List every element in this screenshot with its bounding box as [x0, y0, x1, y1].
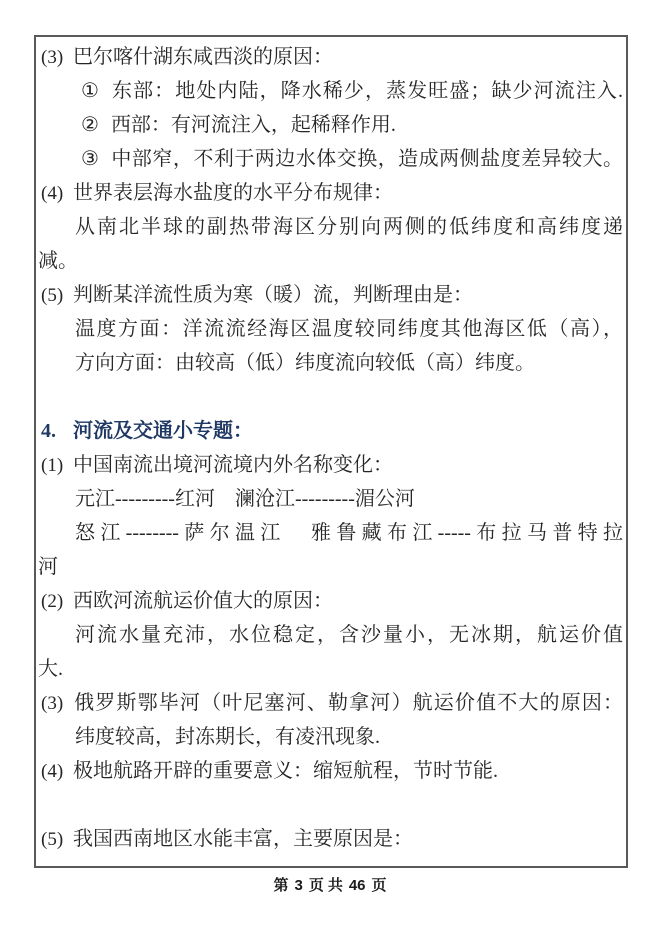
- line-marker: (5): [41, 279, 73, 312]
- footer-suffix: 页: [372, 878, 387, 894]
- line-text: 减。: [38, 250, 78, 272]
- line-text: 判断某洋流性质为寒（暖）流，判断理由是：: [73, 284, 473, 306]
- line-marker: (4): [41, 755, 73, 788]
- line-text: 河流水量充沛，水位稳定，含沙量小，无冰期，航运价值: [75, 624, 623, 646]
- footer-page-number: 3: [294, 877, 302, 894]
- line-marker: (3): [41, 41, 73, 74]
- line-text: 纬度较高，封冻期长，有凌汛现象.: [75, 726, 380, 748]
- page-footer: 第3页共46页: [0, 874, 660, 898]
- line-text: 温度方面：洋流流经海区温度较同纬度其他海区低（高），: [75, 318, 623, 340]
- text-line: 大.: [37, 652, 623, 686]
- line-text: 河: [38, 556, 58, 578]
- text-line: 河流水量充沛，水位稳定，含沙量小，无冰期，航运价值: [37, 618, 623, 652]
- section-heading: 4.河流及交通小专题：: [37, 414, 623, 448]
- text-line: (4)极地航路开辟的重要意义：缩短航程，节时节能.: [37, 754, 623, 788]
- document-page: (3)巴尔喀什湖东咸西淡的原因：①东部：地处内陆，降水稀少，蒸发旺盛；缺少河流注…: [0, 0, 660, 934]
- line-marker: (5): [41, 823, 73, 856]
- line-text: 俄罗斯鄂毕河（叶尼塞河、勒拿河）航运价值不大的原因：: [73, 692, 623, 714]
- line-marker: (3): [41, 687, 73, 720]
- line-marker: (2): [41, 585, 73, 618]
- line-text: 我国西南地区水能丰富，主要原因是：: [73, 828, 413, 850]
- line-text: 元江---------红河 澜沧江---------湄公河: [75, 488, 415, 510]
- blank-line: [37, 380, 623, 414]
- text-line: (2)西欧河流航运价值大的原因：: [37, 584, 623, 618]
- line-text: 西欧河流航运价值大的原因：: [73, 590, 333, 612]
- text-line: 从南北半球的副热带海区分别向两侧的低纬度和高纬度递: [37, 210, 623, 244]
- text-line: 减。: [37, 244, 623, 278]
- text-line: ①东部：地处内陆，降水稀少，蒸发旺盛；缺少河流注入.: [37, 74, 623, 108]
- text-line: 元江---------红河 澜沧江---------湄公河: [37, 482, 623, 516]
- line-text: 世界表层海水盐度的水平分布规律：: [73, 182, 393, 204]
- text-line: (4)世界表层海水盐度的水平分布规律：: [37, 176, 623, 210]
- line-text: 中国南流出境河流境内外名称变化：: [73, 454, 393, 476]
- line-text: 中部窄，不利于两边水体交换，造成两侧盐度差异较大。: [111, 148, 623, 170]
- text-line: 纬度较高，封冻期长，有凌汛现象.: [37, 720, 623, 754]
- text-line: (5)我国西南地区水能丰富，主要原因是：: [37, 822, 623, 856]
- blank-line: [37, 788, 623, 822]
- text-line: 方向方面：由较高（低）纬度流向较低（高）纬度。: [37, 346, 623, 380]
- text-line: (3)巴尔喀什湖东咸西淡的原因：: [37, 40, 623, 74]
- line-text: 大.: [38, 658, 63, 680]
- footer-prefix: 第: [273, 878, 288, 894]
- line-text: 极地航路开辟的重要意义：缩短航程，节时节能.: [73, 760, 498, 782]
- line-marker: ①: [81, 80, 100, 102]
- line-marker: (1): [41, 449, 73, 482]
- line-text: 方向方面：由较高（低）纬度流向较低（高）纬度。: [75, 352, 535, 374]
- line-text: 从南北半球的副热带海区分别向两侧的低纬度和高纬度递: [75, 216, 623, 238]
- text-line: ③中部窄，不利于两边水体交换，造成两侧盐度差异较大。: [37, 142, 623, 176]
- line-text: 西部：有河流注入，起稀释作用.: [111, 114, 396, 136]
- text-line: 温度方面：洋流流经海区温度较同纬度其他海区低（高），: [37, 312, 623, 346]
- text-line: 怒江--------萨尔温江 雅鲁藏布江-----布拉马普特拉: [37, 516, 623, 550]
- content-frame: (3)巴尔喀什湖东咸西淡的原因：①东部：地处内陆，降水稀少，蒸发旺盛；缺少河流注…: [34, 35, 628, 868]
- footer-middle-right: 共: [328, 878, 343, 894]
- line-marker: ③: [81, 148, 99, 170]
- line-marker: (4): [41, 177, 73, 210]
- line-text: 巴尔喀什湖东咸西淡的原因：: [73, 46, 333, 68]
- text-line: 河: [37, 550, 623, 584]
- footer-middle-left: 页: [309, 878, 324, 894]
- line-text: 怒江--------萨尔温江 雅鲁藏布江-----布拉马普特拉: [75, 522, 623, 544]
- text-line: (5)判断某洋流性质为寒（暖）流，判断理由是：: [37, 278, 623, 312]
- footer-total-pages: 46: [349, 877, 366, 894]
- text-line: ②西部：有河流注入，起稀释作用.: [37, 108, 623, 142]
- line-marker: ②: [81, 114, 99, 136]
- line-marker: 4.: [41, 414, 73, 448]
- line-text: 河流及交通小专题：: [73, 420, 253, 442]
- text-line: (1)中国南流出境河流境内外名称变化：: [37, 448, 623, 482]
- line-text: 东部：地处内陆，降水稀少，蒸发旺盛；缺少河流注入.: [112, 80, 623, 102]
- text-line: (3)俄罗斯鄂毕河（叶尼塞河、勒拿河）航运价值不大的原因：: [37, 686, 623, 720]
